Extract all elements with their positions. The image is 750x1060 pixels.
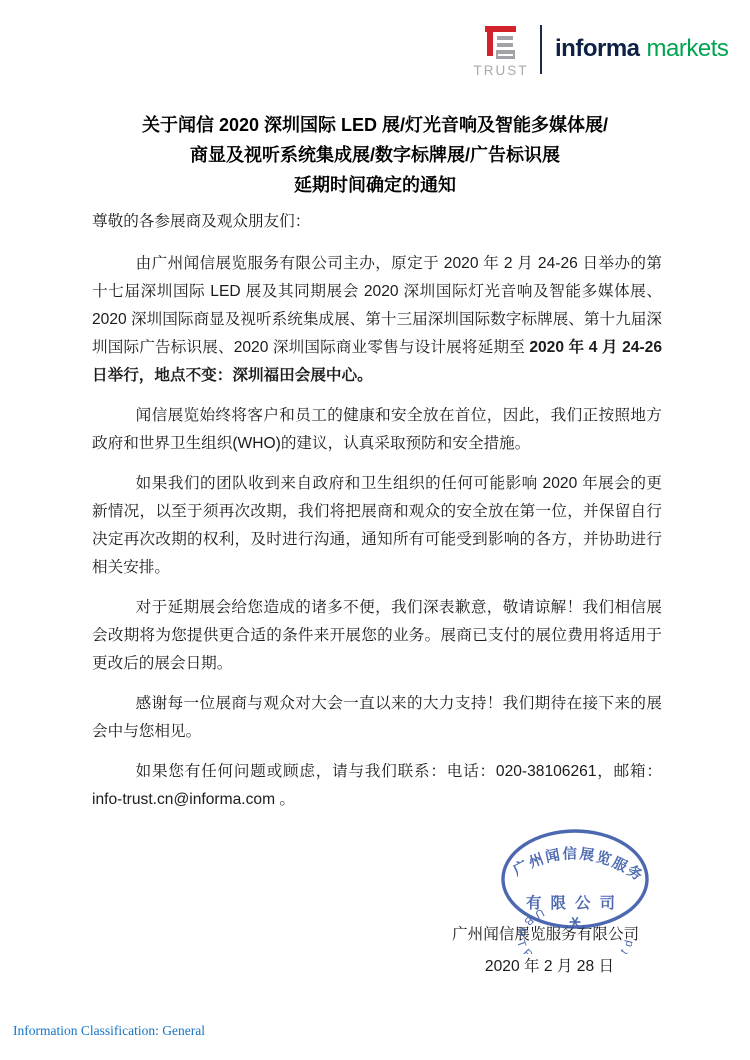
notice-body: 尊敬的各参展商及观众朋友们： 由广州闻信展览服务有限公司主办，原定于 2020 … [92, 208, 662, 826]
trust-wordmark: TRUST [474, 63, 529, 78]
footer-classification: Information Classification: General [13, 1023, 205, 1039]
stamp-arc-text: 广州闻信展览服务 [510, 844, 648, 885]
company-seal-stamp: U B M T R U S T C o . , L t d 广州闻信展览服务 有… [465, 804, 685, 954]
trust-xin-glyph-icon [483, 24, 519, 60]
informa-wordmark: informa [555, 35, 640, 62]
paragraph-4: 对于延期展会给您造成的诸多不便，我们深表歉意，敬请谅解！我们相信展会改期将为您提… [92, 594, 662, 678]
greeting-line: 尊敬的各参展商及观众朋友们： [92, 208, 662, 236]
markets-wordmark: markets [647, 35, 729, 62]
stamp-ellipse-border [503, 831, 647, 927]
informa-markets-logo: informamarkets [555, 24, 728, 63]
notice-title-line2: 商显及视听系统集成展/数字标牌展/广告标识展 [190, 145, 560, 165]
notice-title-line1: 关于闻信 2020 深圳国际 LED 展/灯光音响及智能多媒体展/ [142, 115, 608, 135]
paragraph-1: 由广州闻信展览服务有限公司主办，原定于 2020 年 2 月 24-26 日举办… [92, 250, 662, 390]
paragraph-2: 闻信展览始终将客户和员工的健康和安全放在首位，因此，我们正按照地方政府和世界卫生… [92, 402, 662, 458]
notice-title-line3: 延期时间确定的通知 [294, 175, 456, 195]
signature-date: 2020 年 2 月 28 日 [452, 954, 647, 976]
paragraph-5: 感谢每一位展商与观众对大会一直以来的大力支持！我们期待在接下来的展会中与您相见。 [92, 690, 662, 746]
paragraph-3: 如果我们的团队收到来自政府和卫生组织的任何可能影响 2020 年展会的更新情况，… [92, 470, 662, 582]
trust-logo: TRUST [472, 24, 530, 78]
stamp-inner-text: 有限公司 [526, 893, 624, 912]
logo-divider [540, 25, 542, 74]
stamp-ring-text: U B M T R U S T C o . , L t d [514, 906, 637, 954]
document-page: TRUST informamarkets 关于闻信 2020 深圳国际 LED … [0, 0, 750, 1060]
notice-title: 关于闻信 2020 深圳国际 LED 展/灯光音响及智能多媒体展/ 商显及视听系… [60, 110, 690, 200]
header-logos: TRUST informamarkets [472, 24, 728, 78]
